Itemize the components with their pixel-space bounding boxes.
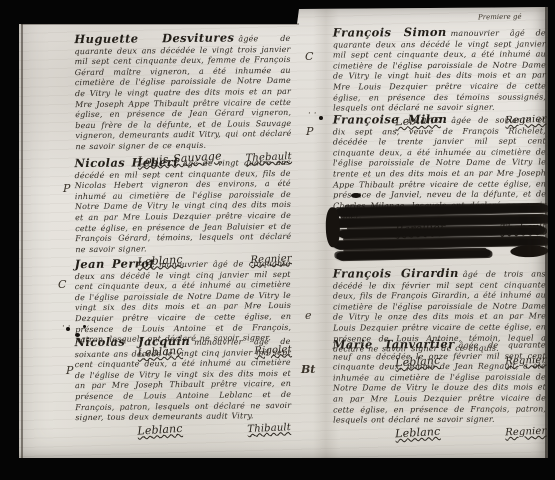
- signature-row: Leblanc Thibault: [75, 424, 291, 437]
- page-edge-left: [21, 23, 23, 458]
- paper-sheet: Premiere gé P C · · P Huguette Desviture…: [19, 7, 548, 458]
- entry-name: Marie Tanvartier: [333, 337, 455, 352]
- margin-mark: P: [66, 365, 73, 376]
- margin-mark: Bt: [301, 364, 315, 375]
- entry-name: François Simon: [333, 25, 447, 40]
- burial-entry: Nicolas Hebertâgé de vingt quatre ans dé…: [74, 156, 291, 268]
- register-scan: Premiere gé P C · · P Huguette Desviture…: [0, 0, 555, 480]
- signature-row: Leblanc Regnier: [333, 427, 546, 439]
- margin-mark: P: [63, 183, 70, 194]
- signature: Regnier: [505, 426, 547, 438]
- ink-blot: [510, 245, 548, 258]
- inked-out-entry: [331, 201, 552, 268]
- entry-body: manouvrier âgé de quarante deux ans décé…: [333, 28, 546, 112]
- ink-blot: [325, 207, 340, 247]
- entry-name: Nicolas Jacquin: [74, 334, 190, 349]
- margin-mark: e: [305, 310, 312, 321]
- burial-entry: Marie Tanvartierâgée de quarante neuf an…: [333, 338, 547, 438]
- entry-body: manouvrier âgé de soixante ans décédé le…: [75, 337, 292, 422]
- entry-name: Nicolas Hebert: [74, 155, 179, 170]
- ink-dots-mark: · ·: [308, 109, 317, 120]
- entry-body: âgé de vingt quatre ans décédé en mil se…: [75, 158, 292, 254]
- entry-name: Françoise Milon: [333, 112, 448, 127]
- burial-entry: Nicolas Jacquinmanouvrier âgé de soixant…: [74, 335, 291, 437]
- burial-entry: Huguette Desvituresâgée de quarante deux…: [74, 32, 291, 165]
- ink-blot: [319, 116, 323, 120]
- entry-name: Huguette Desvitures: [74, 30, 234, 46]
- entry-body: âgée de quarante neuf ans décédée le onz…: [333, 340, 546, 424]
- signature: Thibault: [248, 423, 292, 436]
- entry-body: âgée de quarante deux ans décédée le vin…: [74, 34, 291, 151]
- page-edge-top: [21, 23, 299, 25]
- margin-mark: C: [58, 279, 66, 290]
- ink-blot: [66, 327, 70, 331]
- ink-scribble: [337, 249, 491, 260]
- ink-blot: [83, 325, 86, 328]
- margin-mark: C: [305, 51, 313, 62]
- entry-name: Jean Perrot: [74, 256, 155, 271]
- signature-paraph: Leblanc: [395, 427, 441, 440]
- margin-mark: P: [306, 126, 313, 137]
- entry-body: manouvrier âgé de cinquante deux ans déc…: [75, 259, 292, 344]
- corner-annotation: Premiere gé: [478, 13, 522, 22]
- signature-paraph: Leblanc: [137, 424, 183, 437]
- ink-blot: [75, 333, 80, 337]
- ink-blot: [351, 193, 361, 198]
- entry-name: François Girardin: [333, 266, 459, 281]
